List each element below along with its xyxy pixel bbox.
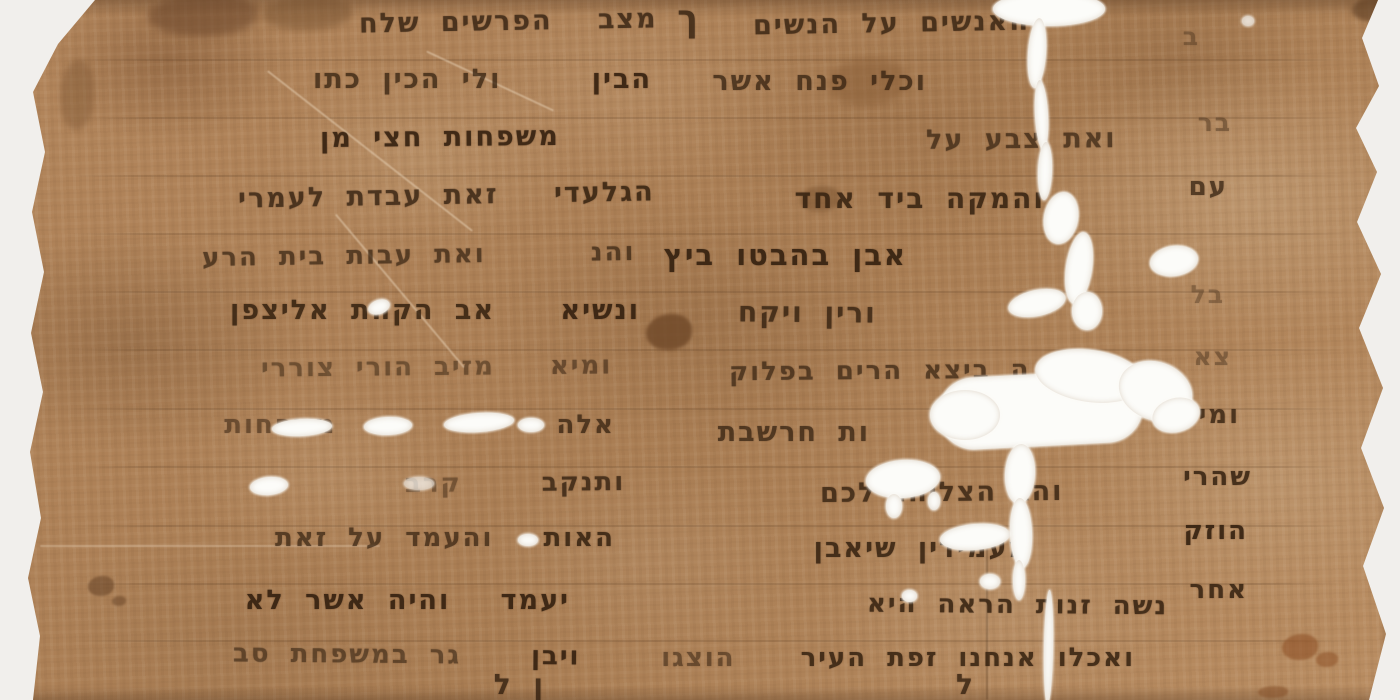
phrase: ן ל: [494, 668, 545, 700]
damage-hole: [1148, 243, 1200, 279]
text-line: וכלי פנח אשר: [712, 66, 927, 97]
damage-drip: [886, 494, 902, 518]
text-line: ותנקב קרב: [405, 467, 625, 499]
manuscript-fragment: מצב הפרשים שלח הבין ולי הכין כתו משפחות …: [0, 0, 1400, 700]
margin-word: שהרי: [1183, 462, 1252, 492]
damage-hole: [1242, 16, 1254, 26]
stain: [1316, 652, 1338, 667]
lemma-word: ויבן: [530, 641, 580, 671]
lemma-word: האות: [544, 523, 615, 553]
text-line: האנשים על הנשים: [753, 6, 1030, 42]
lemma-word: והנ: [590, 237, 635, 268]
text-line: ואת צבע על: [926, 123, 1117, 156]
ink-stain: [646, 314, 692, 350]
damage-hole: [518, 534, 538, 546]
phrase-faint: הוצגו: [661, 643, 735, 673]
margin-word: הוזק: [1184, 516, 1248, 546]
lemma-word: ותנקב: [541, 467, 625, 498]
stain: [112, 596, 126, 606]
damage-hole: [902, 590, 917, 602]
text-line: ל: [956, 668, 975, 700]
text-line: משפחות חצי מן: [320, 121, 560, 154]
text-line: ונשיא אב הקהת אליצפן: [230, 295, 640, 326]
crease-line: [70, 117, 1350, 119]
margin-word: בר: [1198, 108, 1232, 137]
crease-line: [70, 466, 1350, 468]
text-line: יעמד והיה אשר לא: [245, 585, 570, 616]
damage-hole-large: [930, 390, 1000, 440]
stain: [148, 0, 258, 36]
fold-line: [986, 545, 988, 700]
text-line: הגלעדי זאת עבדת לעמרי: [238, 176, 655, 214]
margin-word: בל: [1191, 280, 1225, 309]
margin-word: צא: [1193, 342, 1232, 371]
text-line: ות חרשבת: [718, 417, 870, 448]
stain: [1282, 634, 1318, 660]
lemma-word: הגלעדי: [554, 176, 655, 209]
margin-word: ב: [1183, 22, 1200, 51]
phrase: גר במשפחת סב: [232, 638, 460, 670]
text-line: ואכלו אנחנו זפת העיר הוצגו: [661, 643, 1135, 673]
damage-hole: [1072, 292, 1102, 330]
damage-hole: [1006, 284, 1068, 321]
lemma-word: מצב: [598, 3, 658, 35]
margin-word: עם: [1189, 172, 1228, 202]
phrase: והיה אשר לא: [245, 585, 451, 616]
damage-hole: [404, 477, 434, 490]
crease-line: [70, 291, 1350, 293]
damage-drip: [1013, 560, 1025, 600]
text-line: הבין ולי הכין כתו: [313, 64, 652, 95]
text-line: ויבן גר במשפחת סב: [232, 638, 580, 671]
phrase: ולי הכין כתו: [313, 64, 501, 95]
lemma-word: אלה: [556, 410, 615, 440]
phrase: אב הקהת אליצפן: [230, 295, 495, 326]
text-line: ורין ויקח: [738, 295, 877, 329]
phrase: הפרשים שלח: [359, 5, 553, 39]
phrase: ואת עבות בית הרע: [201, 239, 485, 273]
lemma-word: ומיא: [550, 350, 613, 381]
phrase: מזיב הורי צוררי: [261, 351, 495, 383]
phrase: והעמד על זאת: [275, 523, 493, 553]
stain: [60, 60, 94, 130]
phrase: זאת עבדת לעמרי: [238, 179, 499, 215]
text-line: האות והעמד על זאת: [275, 523, 615, 553]
crease-line: [70, 349, 1350, 351]
crease-line: [70, 233, 1350, 235]
damage-hole: [249, 475, 288, 496]
crease-line: [70, 59, 1350, 61]
damage-hole: [518, 418, 544, 432]
stain: [88, 576, 114, 596]
stain: [262, 0, 352, 30]
pen-flourish: ך: [677, 0, 700, 39]
scanned-manuscript-photo: מצב הפרשים שלח הבין ולי הכין כתו משפחות …: [0, 0, 1400, 700]
text-line: ומיא מזיב הורי צוררי: [261, 350, 612, 383]
damage-drip: [928, 492, 940, 510]
lemma-word: הבין: [592, 64, 652, 95]
crease-line: [70, 525, 1350, 527]
stain: [1258, 686, 1288, 698]
text-line: והמקה ביד אחד: [795, 182, 1045, 215]
lemma-word: יעמד: [501, 585, 570, 616]
phrase: משפחות חצי מן: [320, 121, 560, 154]
text-line: אבן בהבטו ביץ: [664, 238, 907, 272]
damage-hole: [980, 574, 1000, 589]
lemma-word: ונשיא: [560, 295, 640, 326]
text-line: ן ל: [494, 668, 545, 700]
crease-line: [70, 175, 1350, 177]
margin-word: ומי: [1199, 400, 1240, 430]
stain: [1352, 0, 1400, 22]
text-line: מצב הפרשים שלח: [359, 3, 658, 39]
text-line: והנ ואת עבות בית הרע: [201, 237, 635, 273]
margin-word: אחר: [1190, 575, 1248, 605]
